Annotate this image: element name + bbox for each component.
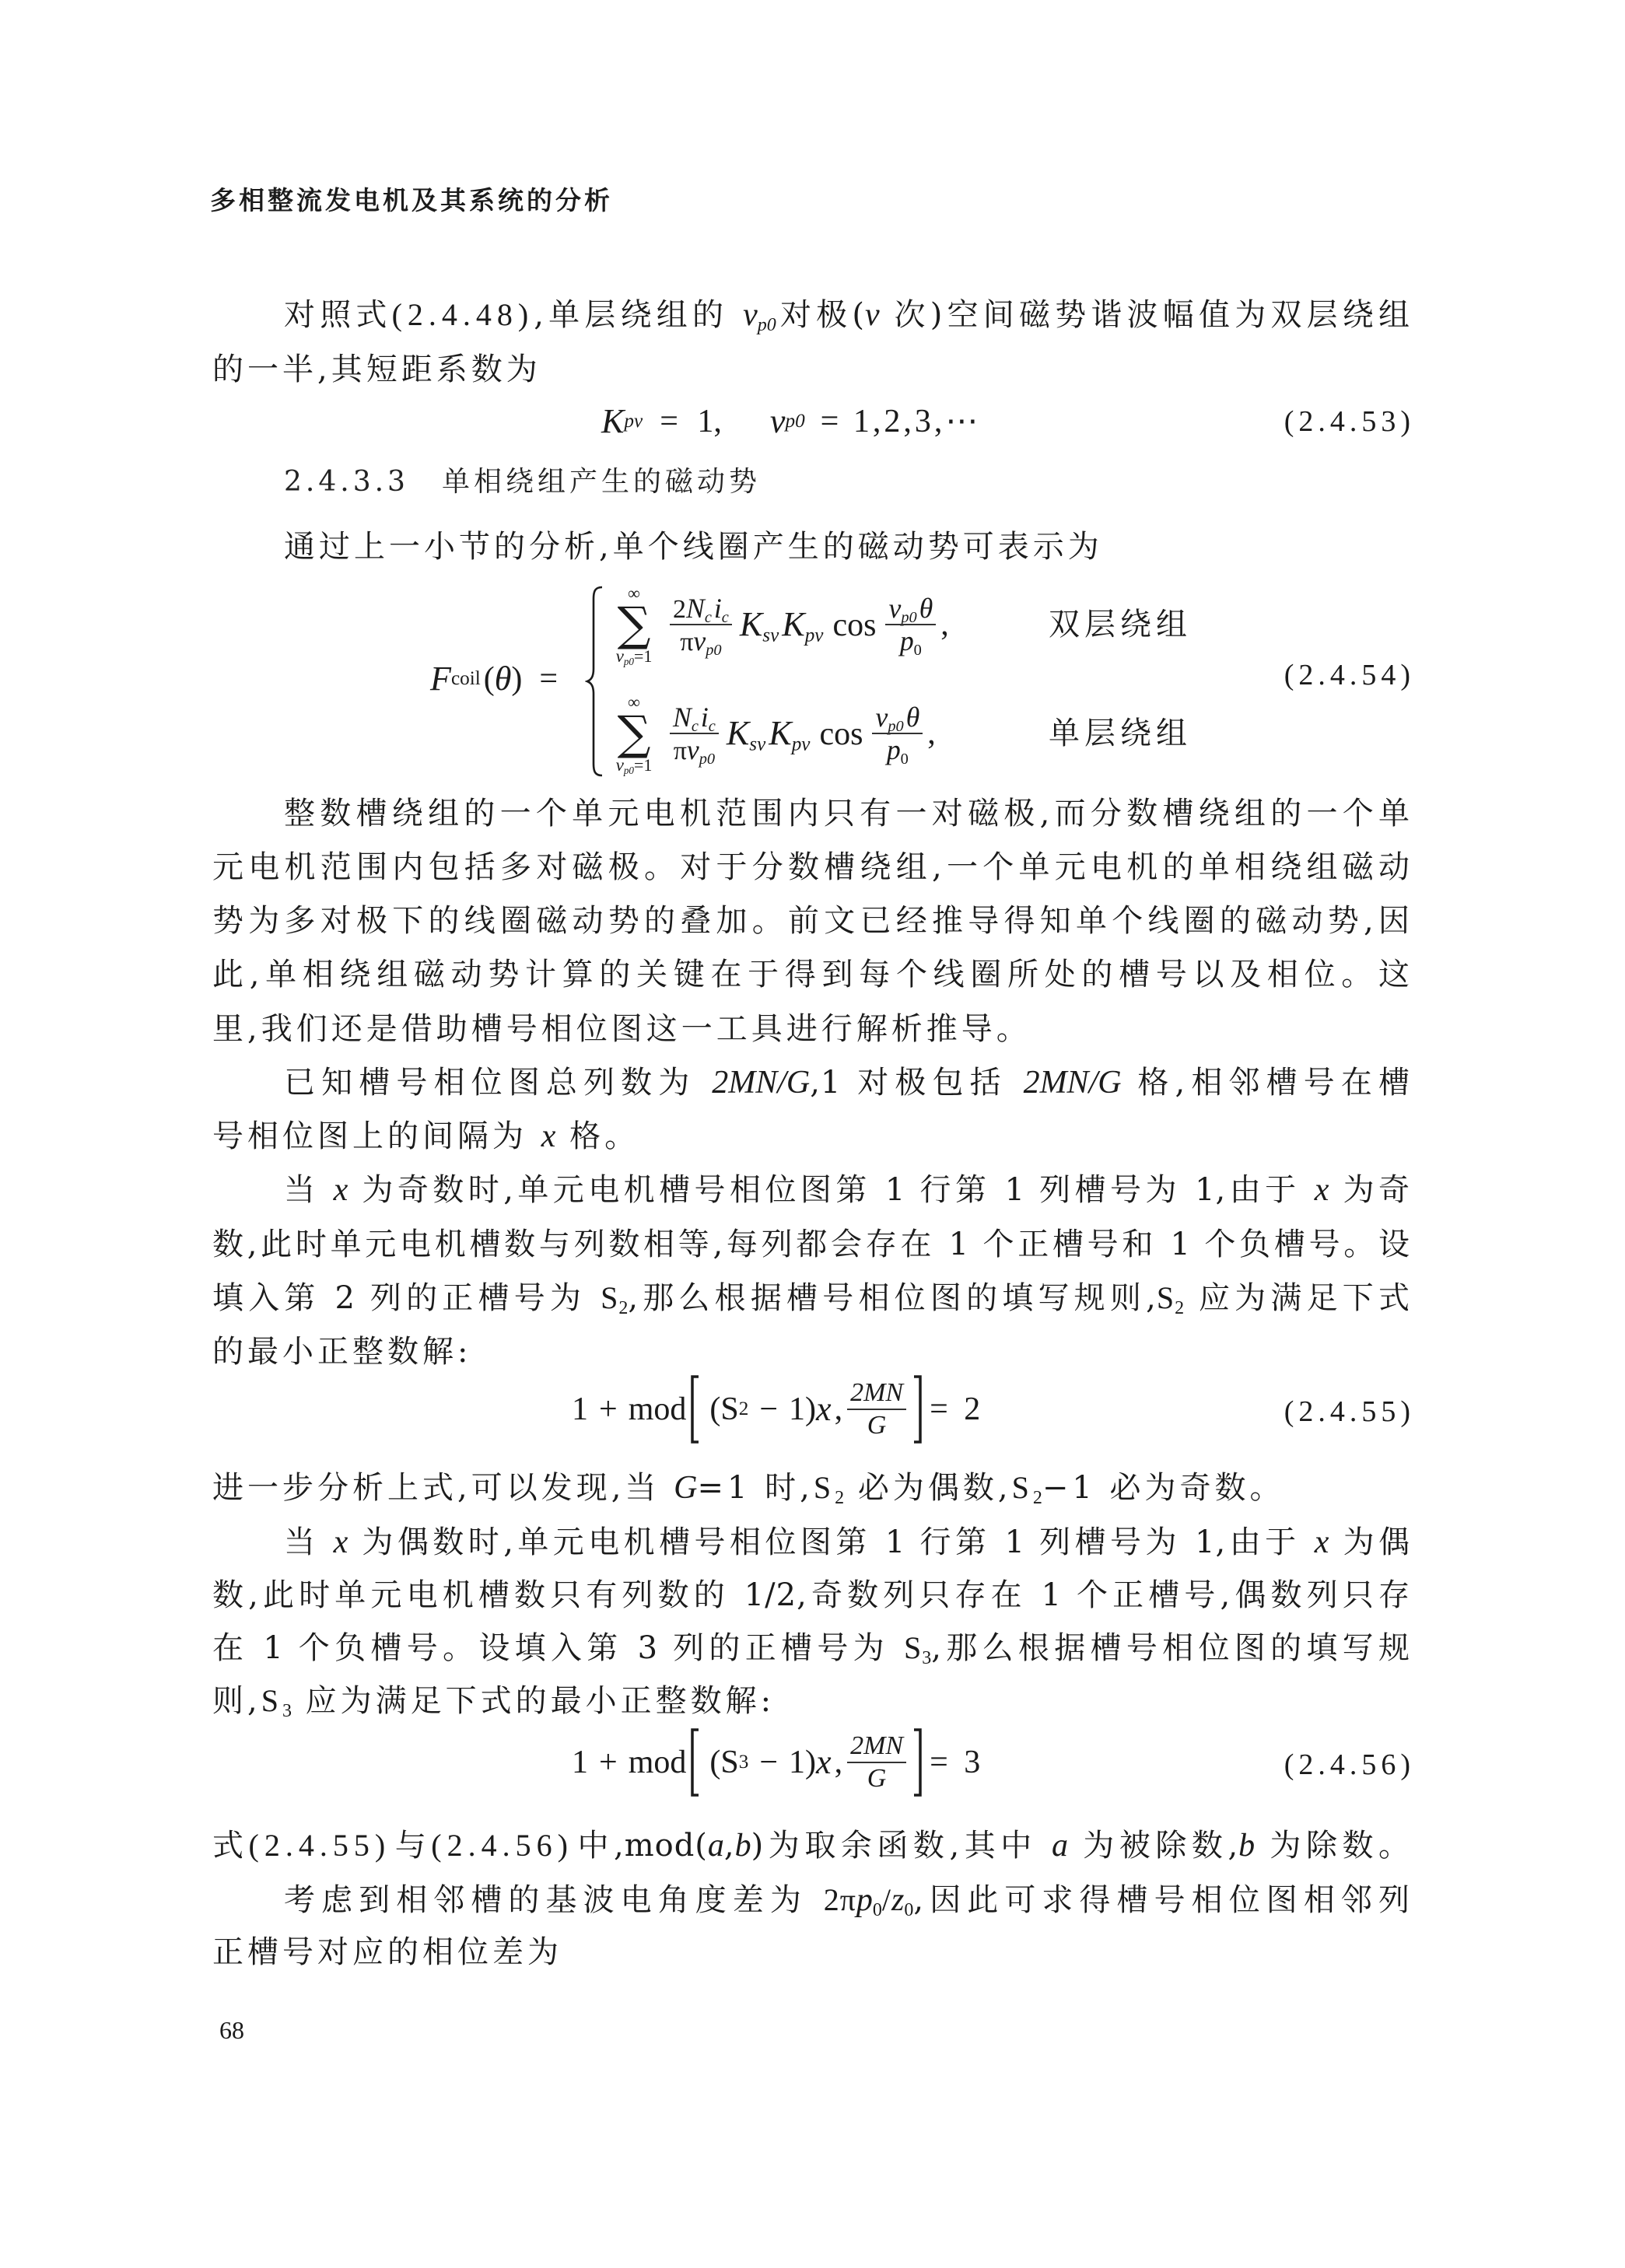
math-var: x — [816, 1391, 832, 1429]
text-run: 则, — [212, 1683, 261, 1719]
text-run: 为奇数时,单元电机槽号相位图第 1 行第 1 列槽号为 1,由于 — [348, 1172, 1314, 1208]
text-run: ,1 对极包括 — [810, 1065, 1023, 1101]
cases-row-single-layer: ∞∑vp0=1 Ncicπvp0 KsvKpvcos vp0θp0 , — [609, 679, 936, 788]
paragraph-7-line-4: 则,S3 应为满足下式的最小正整数解: — [212, 1681, 1410, 1721]
math-var: x — [541, 1118, 556, 1154]
text-run: 格,相邻槽号在槽 — [1122, 1065, 1410, 1101]
text-run: 填入第 2 列的正槽号为 — [212, 1280, 601, 1316]
paragraph-3-line-1: 整数槽绕组的一个单元电机范围内只有一对磁极,而分数槽绕组的一个单 — [284, 793, 1410, 834]
text-run: 为除数。 — [1255, 1828, 1410, 1864]
denominator: p0 — [884, 734, 912, 765]
math-subscript: p0 — [699, 751, 715, 768]
math-subscript: sv — [762, 625, 779, 646]
math-slash: / — [882, 1882, 891, 1917]
fraction-coefficient: Ncicπvp0 — [670, 702, 719, 765]
paragraph-3-line-4: 此,单相绕组磁动势计算的关键在于得到每个线圈所处的槽号以及相位。这 — [212, 954, 1410, 995]
math-var: G — [674, 1470, 697, 1506]
paragraph-5-line-3: 填入第 2 列的正槽号为 S2,那么根据槽号相位图的填写规则,S2 应为满足下式 — [212, 1278, 1410, 1318]
running-head: 多相整流发电机及其系统的分析 — [210, 184, 613, 218]
equation-reference: (2.4.55) — [249, 1828, 391, 1863]
sum-lower-limit: vp0=1 — [616, 646, 653, 665]
math-subscript: p0 — [758, 315, 776, 335]
numerator: 2Ncic — [670, 593, 732, 624]
minus-sign: − — [759, 1391, 778, 1427]
math-number: 1 — [572, 1745, 588, 1780]
paragraph-3-line-5: 里,我们还是借助槽号相位图这一工具进行解析推导。 — [212, 1009, 1410, 1049]
paragraph-1-line-1: 对照式(2.4.48),单层绕组的 vp0对极(v 次)空间磁势谐波幅值为双层绕… — [284, 295, 1410, 335]
text-run: 为偶数时,单元电机槽号相位图第 1 行第 1 列槽号为 1,由于 — [348, 1524, 1314, 1560]
math-comma: , — [835, 1391, 843, 1427]
math-subscript: sv — [749, 733, 765, 754]
left-bracket — [688, 1728, 702, 1797]
math-paren: ( — [709, 1391, 720, 1427]
math-paren: ( — [484, 661, 495, 697]
math-var: K — [601, 403, 624, 441]
math-var: p — [887, 734, 901, 765]
math-var: v — [875, 702, 888, 733]
math-var: a — [1052, 1828, 1068, 1864]
text-run: 式 — [212, 1828, 249, 1864]
math-coef: 2 — [673, 595, 686, 624]
math-subscript: p0 — [624, 656, 634, 667]
section-title: 单相绕组产生的磁动势 — [442, 462, 761, 502]
text-run: 格。 — [555, 1118, 639, 1154]
math-comma: , — [835, 1745, 843, 1780]
math-rhs: = 3 — [930, 1745, 980, 1780]
math-term: 1) — [789, 1745, 816, 1780]
math-rel: =1 — [634, 646, 652, 666]
equals-sign: = — [539, 661, 558, 697]
paragraph-7-line-1: 当 x 为偶数时,单元电机槽号相位图第 1 行第 1 列槽号为 1,由于 x 为… — [284, 1522, 1410, 1563]
math-var: z — [891, 1882, 904, 1918]
math-rhs: = 2 — [930, 1391, 980, 1427]
math-subscript: p0 — [706, 642, 721, 659]
paragraph-4-line-1: 已知槽号相位图总列数为 2MN/G,1 对极包括 2MN/G 格,相邻槽号在槽 — [284, 1062, 1410, 1103]
text-run: 应为满足下式 — [1184, 1280, 1410, 1316]
text-run: 必为偶数, — [844, 1470, 1011, 1506]
equation-2-4-54-lhs: Fcoil(θ)= — [430, 656, 558, 702]
paragraph-8-line-1: 式(2.4.55)与(2.4.56)中,mod(a,b)为取余函数,其中 a 为… — [212, 1825, 1410, 1866]
text-run: =1 时, — [698, 1470, 814, 1506]
sigma-symbol: ∑ — [618, 712, 651, 755]
numerator: vp0θ — [872, 702, 923, 733]
math-var: θ — [495, 660, 512, 698]
math-var: x — [1315, 1172, 1329, 1208]
math-term: 2π — [824, 1882, 856, 1917]
math-expression: 2MN/G — [712, 1065, 810, 1101]
math-subscript: 2 — [1033, 1488, 1042, 1508]
page-number: 68 — [219, 2014, 244, 2046]
math-subscript: p0 — [624, 765, 634, 776]
math-var: i — [701, 702, 709, 733]
math-var: v — [770, 403, 786, 441]
sum-lower-limit: vp0=1 — [616, 755, 653, 774]
math-var: S — [601, 1280, 618, 1315]
equation-2-4-53: Kpv= 1,vp0= 1,2,3,⋯ — [601, 398, 981, 445]
cases-row-double-layer: ∞∑vp0=1 2Ncicπvp0 KsvKpvcos vp0θp0 , — [609, 570, 949, 679]
numerator: 2MN — [847, 1731, 906, 1762]
paragraph-3-line-3: 势为多对极下的线圈磁动势的叠加。前文已经推导得知单个线圈的磁动势,因 — [212, 901, 1410, 941]
text-run: −1 必为奇数。 — [1042, 1470, 1285, 1506]
math-pi: π — [674, 737, 687, 765]
denominator: G — [864, 1763, 890, 1794]
text-run: 当 — [284, 1524, 334, 1560]
text-run: )为取余函数,其中 — [751, 1828, 1052, 1864]
math-comma: , — [927, 716, 936, 751]
text-run: 对极( — [776, 297, 865, 333]
text-run: ,单层绕组的 — [534, 297, 743, 333]
math-subscript: 0 — [914, 642, 922, 659]
fraction-angle: vp0θp0 — [872, 702, 923, 765]
math-var: θ — [919, 593, 933, 624]
minus-sign: − — [759, 1745, 778, 1780]
winding-factors: KsvKpvcos — [740, 606, 877, 644]
text-run: ,那么根据槽号相位图的填写规 — [931, 1630, 1410, 1666]
denominator: πvp0 — [677, 625, 724, 656]
text-run: 为偶 — [1329, 1524, 1410, 1560]
math-var: F — [430, 660, 451, 698]
text-run: ,那么根据槽号相位图的填写规则, — [628, 1280, 1157, 1316]
math-var: v — [743, 297, 758, 333]
paragraph-9-line-1: 考虑到相邻槽的基波电角度差为 2πp0/z0,因此可求得槽号相位图相邻列 — [284, 1880, 1410, 1920]
text-run: ,因此可求得槽号相位图相邻列 — [913, 1882, 1410, 1918]
math-var: p — [856, 1882, 873, 1918]
plus-sign: + — [599, 1391, 618, 1427]
paragraph-5-line-1: 当 x 为奇数时,单元电机槽号相位图第 1 行第 1 列槽号为 1,由于 x 为… — [284, 1170, 1410, 1210]
math-var: K — [769, 714, 791, 752]
math-var: N — [673, 702, 692, 733]
denominator: πvp0 — [671, 734, 718, 765]
paragraph-7-line-2: 数,此时单元电机槽数只有列数的 1/2,奇数列只存在 1 个正槽号,偶数列只存 — [212, 1575, 1410, 1615]
text-run: 与 — [390, 1828, 431, 1864]
equation-reference: (2.4.48) — [392, 297, 534, 332]
math-var: x — [816, 1744, 832, 1782]
math-var: a — [708, 1828, 724, 1864]
text-run: 次)空间磁势谐波幅值为双层绕组 — [880, 297, 1410, 333]
text-run: 应为满足下式的最小正整数解: — [292, 1683, 775, 1719]
math-var: S — [814, 1470, 835, 1505]
math-var: v — [687, 734, 699, 765]
case-label-single-layer: 单层绕组 — [1049, 713, 1192, 754]
math-var: v — [888, 593, 901, 624]
cases-brace — [585, 585, 605, 778]
math-subscript: 2 — [618, 1298, 628, 1318]
math-var: x — [1315, 1524, 1329, 1560]
paragraph-5-line-4: 的最小正整数解: — [212, 1332, 1410, 1372]
math-subscript: 0 — [901, 751, 909, 768]
math-paren: ) — [511, 661, 522, 697]
math-rhs: = 1,2,3,⋯ — [821, 404, 982, 439]
math-var: v — [616, 754, 624, 775]
sigma-symbol: ∑ — [618, 603, 651, 646]
math-subscript: pv — [805, 625, 824, 646]
equation-number: (2.4.54) — [1284, 655, 1415, 695]
math-var: N — [686, 593, 705, 624]
math-var: S — [261, 1683, 282, 1718]
math-subscript: 0 — [904, 1900, 913, 1920]
math-function: cos — [819, 716, 863, 752]
math-subscript: 0 — [873, 1900, 882, 1920]
paragraph-9-line-2: 正槽号对应的相位差为 — [212, 1932, 1410, 1972]
math-number: 1 — [572, 1391, 588, 1427]
book-page: 多相整流发电机及其系统的分析 对照式(2.4.48),单层绕组的 vp0对极(v… — [0, 0, 1625, 2268]
summation: ∞∑vp0=1 — [609, 693, 659, 774]
math-subscript: 2 — [1175, 1298, 1184, 1318]
denominator: p0 — [897, 625, 925, 656]
plus-sign: + — [599, 1745, 618, 1780]
math-var: v — [693, 625, 706, 656]
numerator: Ncic — [670, 702, 719, 733]
math-function: cos — [832, 607, 876, 643]
text-run: 考虑到相邻槽的基波电角度差为 — [284, 1882, 824, 1918]
winding-factors: KsvKpvcos — [727, 715, 863, 753]
text-run: 中,mod( — [573, 1828, 708, 1864]
text-run: 号相位图上的间隔为 — [212, 1118, 541, 1154]
text-run: 已知槽号相位图总列数为 — [284, 1065, 712, 1101]
equation-number: (2.4.53) — [1284, 401, 1415, 442]
math-function: mod — [629, 1745, 687, 1780]
math-var: S — [1012, 1470, 1033, 1505]
right-bracket — [911, 1728, 925, 1797]
math-var: v — [865, 297, 880, 333]
case-label-double-layer: 双层绕组 — [1049, 604, 1192, 645]
math-var: b — [735, 1828, 751, 1864]
text-run: 在 1 个负槽号。设填入第 3 列的正槽号为 — [212, 1630, 904, 1666]
section-number: 2.4.3.3 — [284, 462, 409, 502]
equation-number: (2.4.56) — [1284, 1745, 1415, 1785]
text-run: 为奇 — [1329, 1172, 1410, 1208]
equation-2-4-56: 1+mod(S3−1)x,2MNG= 3 — [572, 1724, 980, 1801]
math-paren: ( — [709, 1745, 720, 1780]
fraction: 2MNG — [847, 1731, 906, 1794]
text-run: 对照式 — [284, 297, 392, 333]
paragraph-4-line-2: 号相位图上的间隔为 x 格。 — [212, 1116, 1410, 1157]
math-var: x — [334, 1524, 348, 1560]
paragraph-1-line-2: 的一半,其短距系数为 — [212, 349, 1410, 390]
math-var: S — [720, 1391, 738, 1427]
math-comma: , — [940, 607, 949, 642]
math-pi: π — [680, 628, 693, 656]
denominator: G — [864, 1410, 890, 1441]
paragraph-3-line-2: 元电机范围内包括多对磁极。对于分数槽绕组,一个单元电机的单相绕组磁动 — [212, 847, 1410, 887]
math-expression: 2MN/G — [1024, 1065, 1122, 1101]
math-var: K — [782, 605, 804, 643]
math-subscript: 2 — [835, 1488, 844, 1508]
text-run: , — [724, 1828, 735, 1864]
math-var: S — [1157, 1280, 1175, 1315]
math-var: v — [616, 646, 624, 666]
equation-number: (2.4.55) — [1284, 1391, 1415, 1432]
summation: ∞∑vp0=1 — [609, 584, 659, 665]
math-var: θ — [906, 702, 920, 733]
numerator: vp0θ — [885, 593, 936, 624]
math-var: S — [720, 1745, 738, 1780]
right-bracket — [911, 1375, 925, 1444]
text-run: 进一步分析上式,可以发现,当 — [212, 1470, 674, 1506]
paragraph-7-line-3: 在 1 个负槽号。设填入第 3 列的正槽号为 S3,那么根据槽号相位图的填写规 — [212, 1628, 1410, 1668]
math-var: p — [900, 625, 914, 656]
math-subscript: 3 — [922, 1648, 931, 1668]
math-var: S — [904, 1630, 922, 1665]
text-run: 当 — [284, 1172, 334, 1208]
equation-reference: (2.4.56) — [431, 1828, 573, 1863]
numerator: 2MN — [847, 1377, 906, 1409]
fraction: 2MNG — [847, 1377, 906, 1441]
text-run: 为被除数, — [1068, 1828, 1238, 1864]
math-var: b — [1238, 1828, 1255, 1864]
math-var: K — [740, 605, 762, 643]
equation-2-4-55: 1+mod(S2−1)x,2MNG= 2 — [572, 1370, 980, 1448]
left-bracket — [688, 1375, 702, 1444]
math-var: i — [714, 593, 722, 624]
math-function: mod — [629, 1391, 687, 1427]
fraction-coefficient: 2Ncicπvp0 — [670, 593, 732, 656]
math-var: K — [727, 714, 749, 752]
paragraph-2-line-1: 通过上一小节的分析,单个线圈产生的磁动势可表示为 — [284, 527, 1410, 567]
math-term: 1) — [789, 1391, 816, 1427]
math-var: x — [334, 1172, 348, 1208]
paragraph-6-line-1: 进一步分析上式,可以发现,当 G=1 时,S2 必为偶数,S2−1 必为奇数。 — [212, 1468, 1410, 1508]
math-subscript: 3 — [282, 1701, 292, 1721]
fraction-angle: vp0θp0 — [885, 593, 936, 656]
math-rel: =1 — [634, 755, 652, 775]
paragraph-5-line-2: 数,此时单元电机槽数与列数相等,每列都会存在 1 个正槽号和 1 个负槽号。设 — [212, 1224, 1410, 1265]
math-subscript: pv — [792, 733, 811, 754]
math-rhs: = 1, — [660, 404, 722, 439]
